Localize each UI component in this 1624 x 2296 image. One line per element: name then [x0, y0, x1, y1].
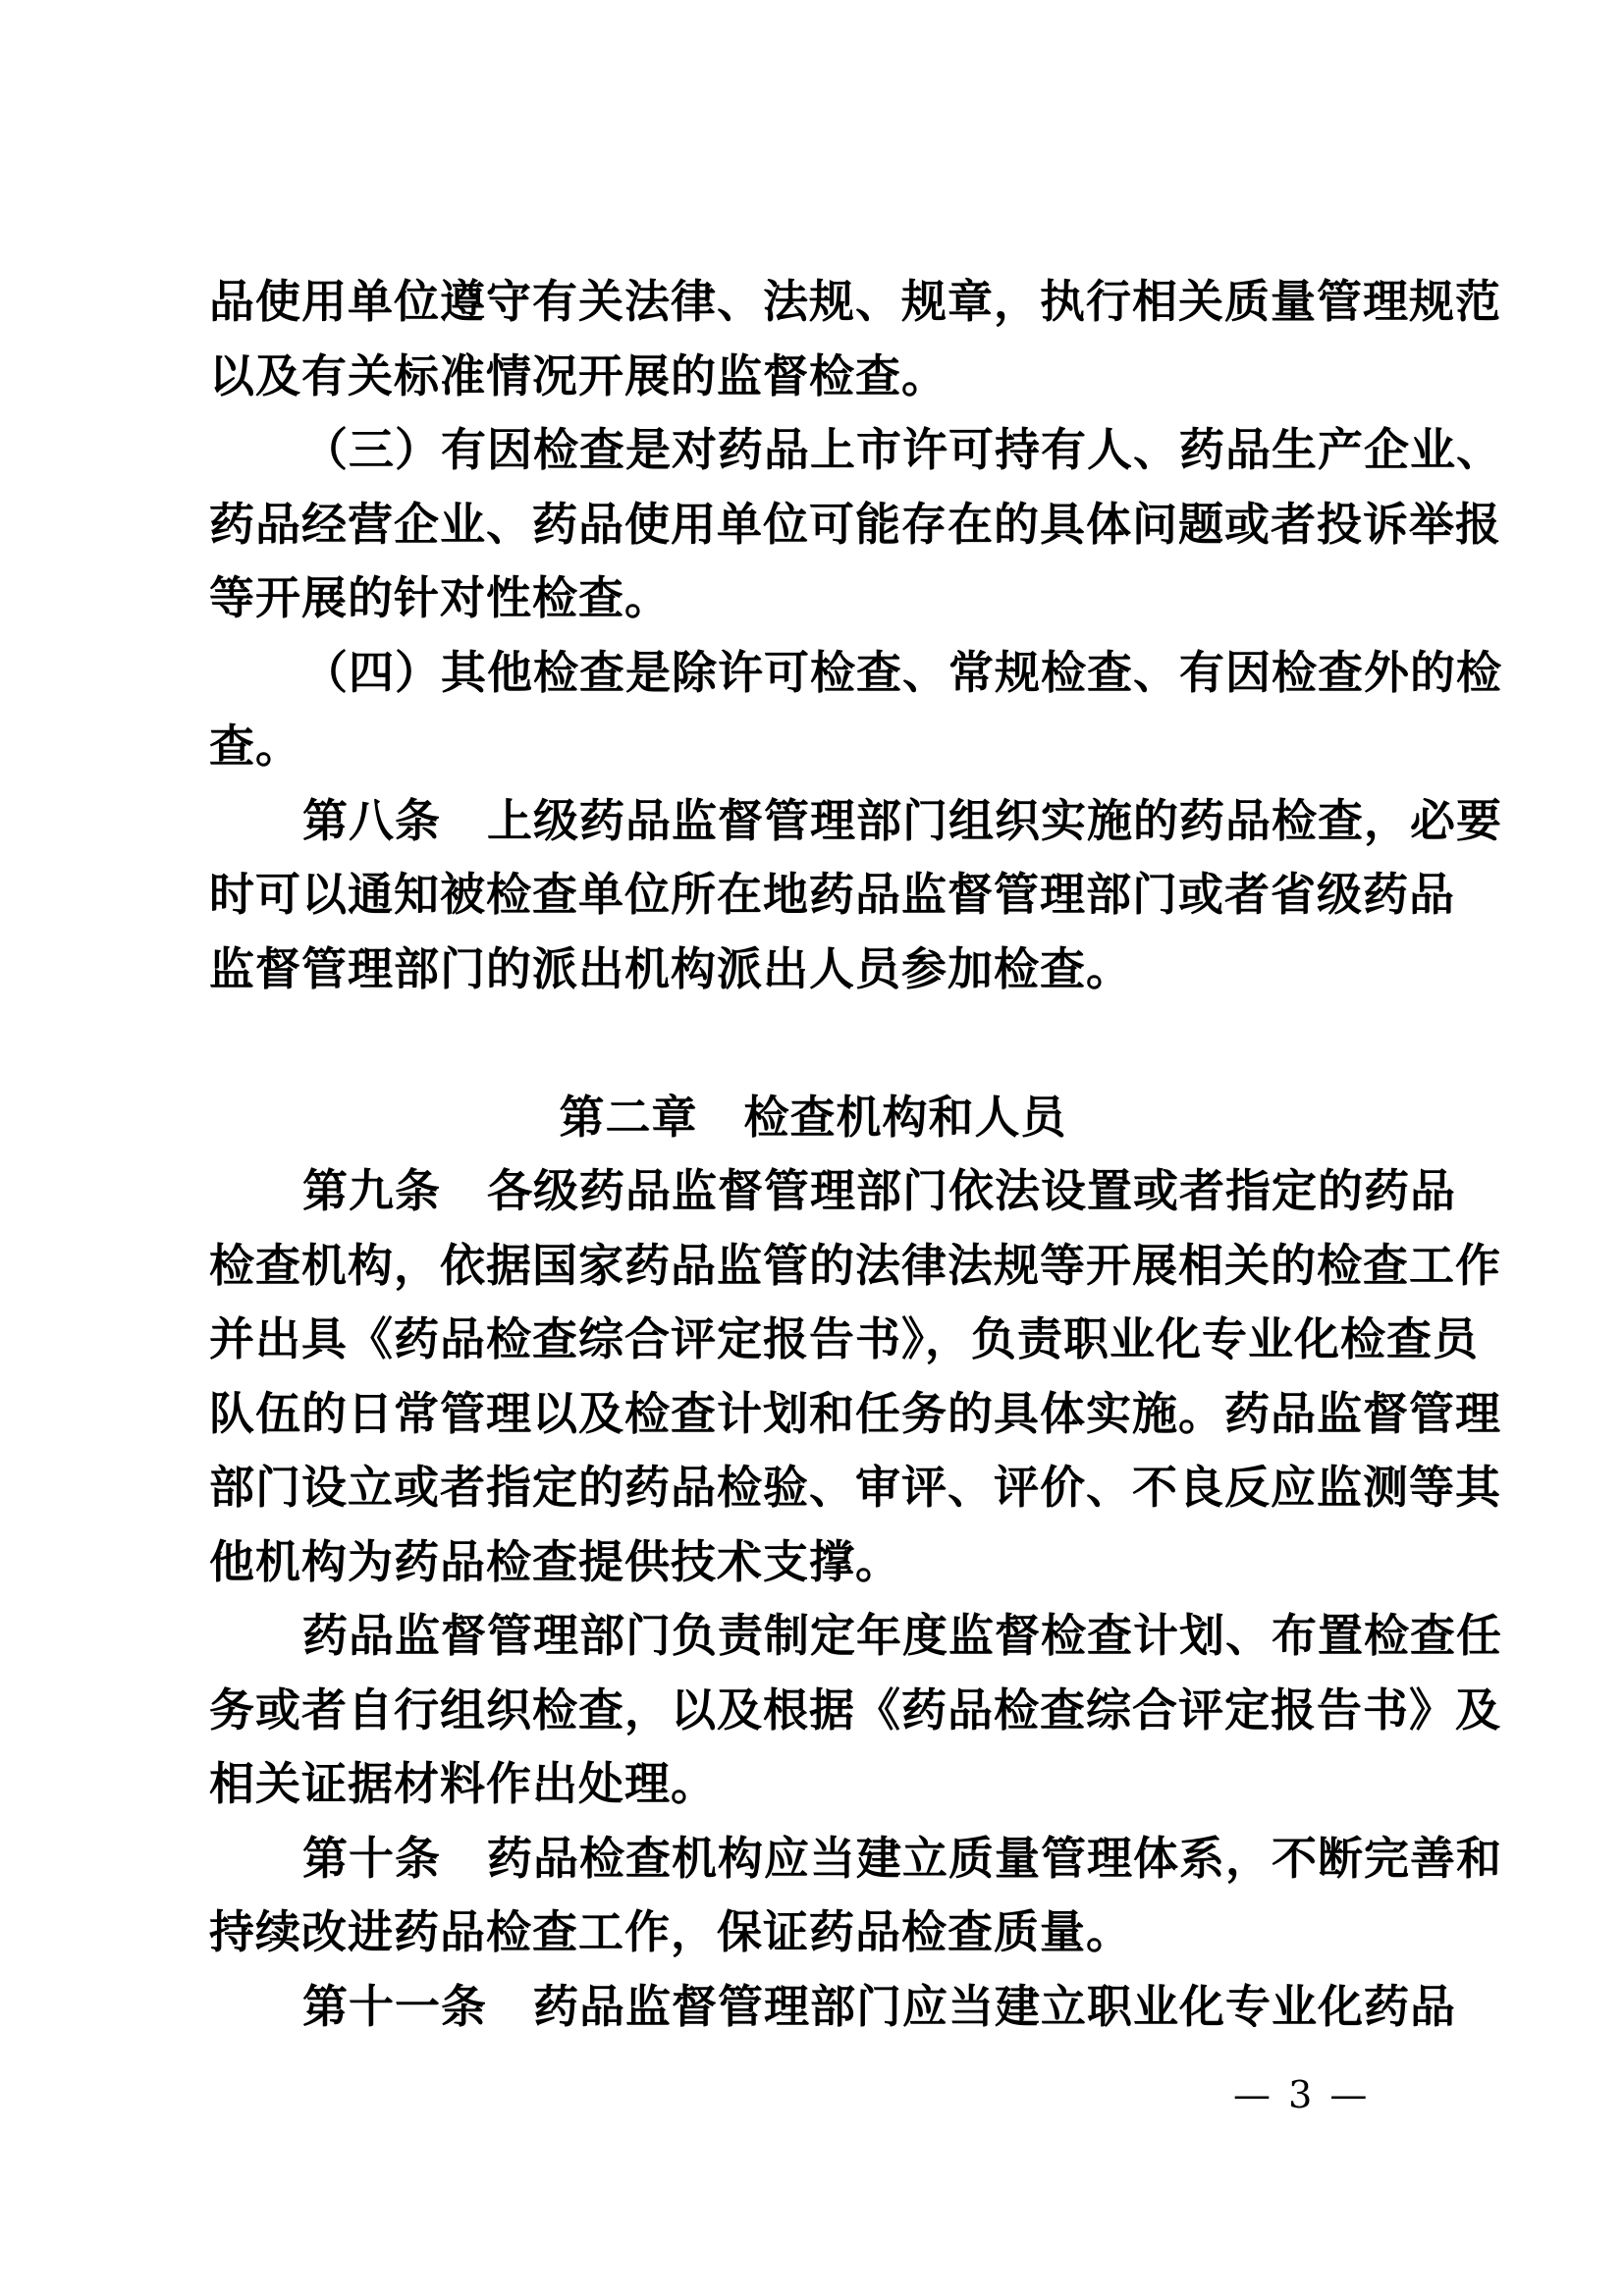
- text-line: 务或者自行组织检查，以及根据《药品检查综合评定报告书》及: [209, 1674, 1417, 1748]
- text-line: 他机构为药品检查提供技术支撑。: [209, 1525, 1417, 1600]
- text-line: 等开展的针对性检查。: [209, 561, 1417, 636]
- text-line: 药品经营企业、药品使用单位可能存在的具体问题或者投诉举报: [209, 488, 1417, 562]
- text-line: 相关证据材料作出处理。: [209, 1747, 1417, 1822]
- text-line: 品使用单位遵守有关法律、法规、规章，执行相关质量管理规范: [209, 265, 1417, 340]
- text-line: 以及有关标准情况开展的监督检查。: [209, 340, 1417, 414]
- text-line: 第九条 各级药品监督管理部门依法设置或者指定的药品: [209, 1154, 1417, 1229]
- text-line: 监督管理部门的派出机构派出人员参加检查。: [209, 933, 1417, 1007]
- blank-line: [209, 1006, 1417, 1081]
- text-line: 部门设立或者指定的药品检验、审评、评价、不良反应监测等其: [209, 1451, 1417, 1525]
- text-line: 查。: [209, 710, 1417, 784]
- document-body: 品使用单位遵守有关法律、法规、规章，执行相关质量管理规范以及有关标准情况开展的监…: [209, 265, 1417, 2044]
- text-line: 第八条 上级药品监督管理部门组织实施的药品检查，必要: [209, 784, 1417, 859]
- chapter-heading: 第二章 检查机构和人员: [209, 1081, 1417, 1155]
- text-line: 队伍的日常管理以及检查计划和任务的具体实施。药品监督管理: [209, 1377, 1417, 1452]
- text-line: 检查机构，依据国家药品监管的法律法规等开展相关的检查工作: [209, 1229, 1417, 1304]
- text-line: 第十一条 药品监督管理部门应当建立职业化专业化药品: [209, 1970, 1417, 2045]
- text-line: 时可以通知被检查单位所在地药品监督管理部门或者省级药品: [209, 858, 1417, 933]
- document-page: 品使用单位遵守有关法律、法规、规章，执行相关质量管理规范以及有关标准情况开展的监…: [0, 0, 1624, 2296]
- text-line: 第十条 药品检查机构应当建立质量管理体系，不断完善和: [209, 1822, 1417, 1896]
- text-line: 持续改进药品检查工作，保证药品检查质量。: [209, 1896, 1417, 1970]
- text-line: 并出具《药品检查综合评定报告书》，负责职业化专业化检查员: [209, 1303, 1417, 1377]
- text-line: （三）有因检查是对药品上市许可持有人、药品生产企业、: [209, 413, 1417, 488]
- text-line: 药品监督管理部门负责制定年度监督检查计划、布置检查任: [209, 1599, 1417, 1674]
- page-number: — 3 —: [1233, 2073, 1370, 2116]
- text-line: （四）其他检查是除许可检查、常规检查、有因检查外的检: [209, 636, 1417, 711]
